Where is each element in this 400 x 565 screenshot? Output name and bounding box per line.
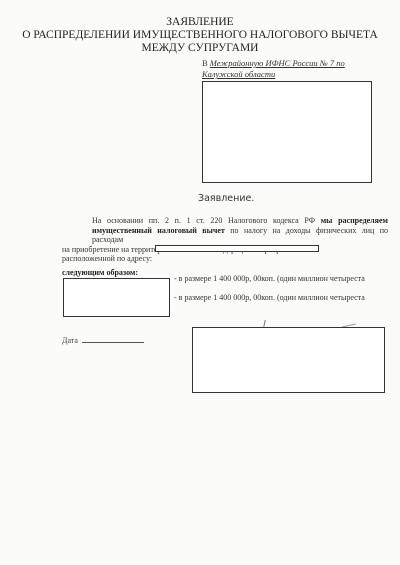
recipient-block: В Межрайонную ИФНС России № 7 по Калужск…: [202, 58, 345, 80]
address-label: расположенной по адресу:: [62, 254, 152, 263]
redacted-signatures-box: [192, 327, 385, 393]
date-field: Дата: [62, 336, 144, 345]
intro-text: На основании пп. 2 п. 1 ст. 220 Налогово…: [92, 216, 321, 225]
statement-subtitle: Заявление.: [198, 193, 254, 204]
document-title-line-3: МЕЖДУ СУПРУГАМИ: [0, 42, 400, 55]
date-blank-line: [82, 336, 144, 343]
signature-mark: [263, 320, 265, 327]
recipient-prefix: В: [202, 58, 208, 68]
distribution-row-1: - в размере 1 400 000р, 00коп. (один мил…: [174, 274, 365, 283]
distribution-heading: следующим образом:: [62, 268, 138, 277]
recipient-region: Калужской области: [202, 69, 275, 79]
document-title: ЗАЯВЛЕНИЕ: [0, 16, 400, 29]
date-label: Дата: [62, 336, 78, 345]
distribution-row-2: - в размере 1 400 000р, 00коп. (один мил…: [174, 293, 365, 302]
recipient-office: Межрайонную ИФНС России № 7 по: [210, 58, 345, 68]
redacted-spouses-box: [63, 278, 170, 317]
redacted-address: [155, 245, 319, 252]
document-title-line-2: О РАСПРЕДЕЛЕНИИ ИМУЩЕСТВЕННОГО НАЛОГОВОГ…: [0, 29, 400, 42]
redacted-applicant-box: [202, 81, 372, 183]
statement-paragraph: На основании пп. 2 п. 1 ст. 220 Налогово…: [62, 216, 388, 264]
